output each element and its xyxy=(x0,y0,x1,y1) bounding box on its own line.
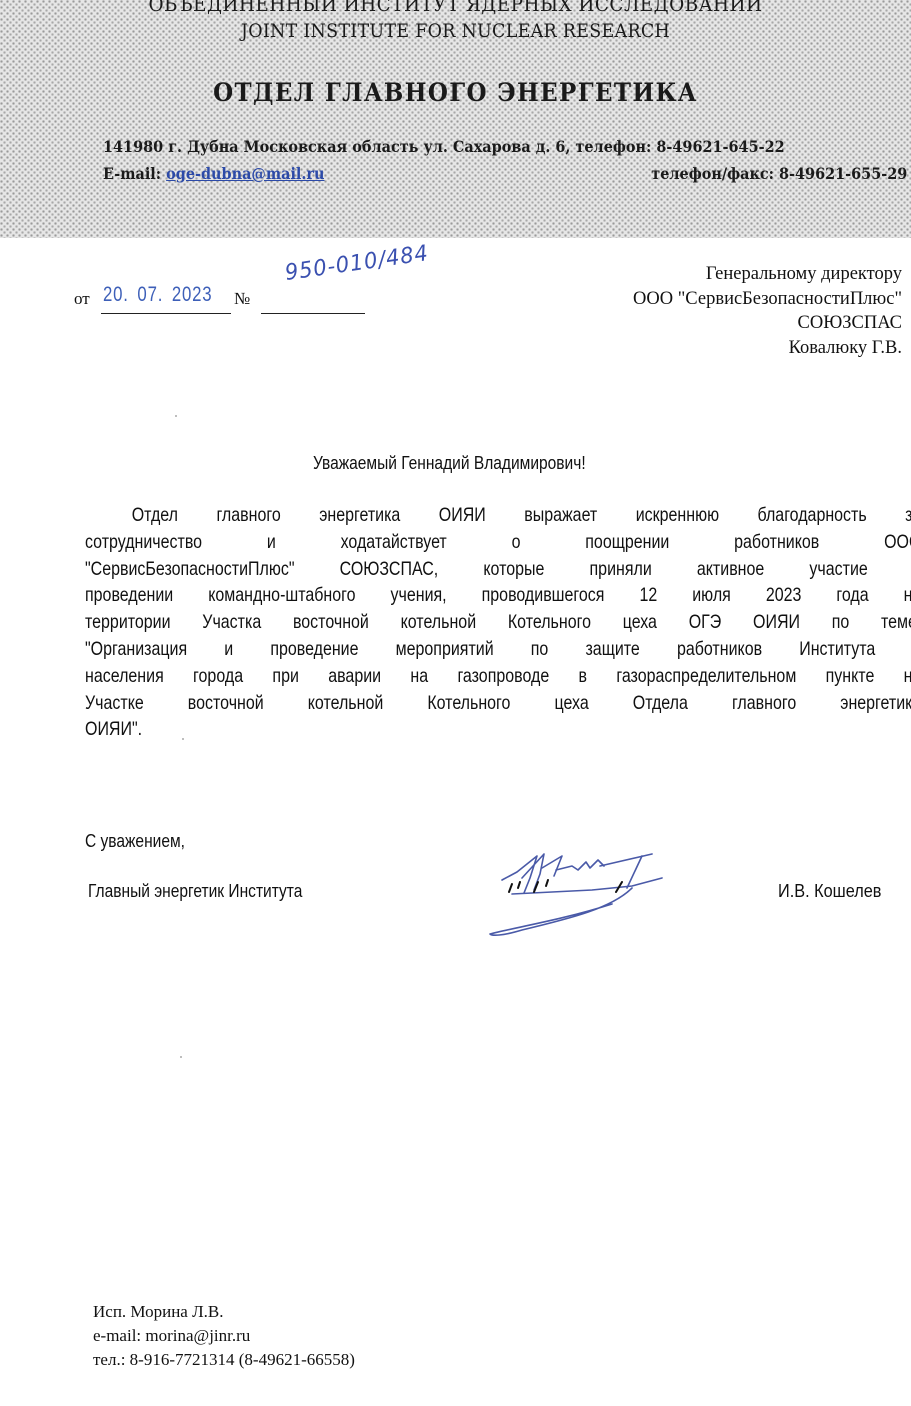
letter-body: Отдел главного энергетика ОИЯИ выражает … xyxy=(85,502,911,743)
department-title: ОТДЕЛ ГЛАВНОГО ЭНЕРГЕТИКА xyxy=(36,78,874,107)
signature-icon xyxy=(482,848,692,940)
addressee-name: Ковалюку Г.В. xyxy=(633,336,902,361)
executor-contact: Исп. Морина Л.В. e-mail: morina@jinr.ru … xyxy=(93,1300,355,1372)
executor-phone: тел.: 8-916-7721314 (8-49621-66558) xyxy=(93,1348,355,1372)
date-stamp: 20. 07. 2023 xyxy=(103,283,212,307)
addressee-block: Генеральному директору ООО "СервисБезопа… xyxy=(633,262,902,360)
org-name-ru: ОБЪЕДИНЕННЫЙ ИНСТИТУТ ЯДЕРНЫХ ИССЛЕДОВАН… xyxy=(36,0,874,16)
executor-name: Исп. Морина Л.В. xyxy=(93,1300,355,1324)
date-field: 20. 07. 2023 xyxy=(101,283,231,314)
org-email-link[interactable]: oge-dubna@mail.ru xyxy=(166,164,324,183)
body-line: ОИЯИ". xyxy=(85,716,911,743)
body-line: "Организация и проведение мероприятий по… xyxy=(85,636,911,663)
addressee-company: ООО "СервисБезопасностиПлюс" xyxy=(633,287,902,312)
email-label: E-mail: xyxy=(103,164,166,183)
body-line: сотрудничество и ходатайствует о поощрен… xyxy=(85,529,911,556)
handwritten-number: 950-010/484 xyxy=(284,241,431,286)
org-email-row: E-mail: oge-dubna@mail.ru xyxy=(103,164,324,183)
addressee-org: СОЮЗСПАС xyxy=(633,311,902,336)
body-line: Отдел главного энергетика ОИЯИ выражает … xyxy=(85,502,911,529)
number-sign: № xyxy=(234,289,250,309)
addressee-position: Генеральному директору xyxy=(633,262,902,287)
body-line: Участке восточной котельной Котельного ц… xyxy=(85,690,911,717)
body-line: "СервисБезопасностиПлюс" СОЮЗСПАС, котор… xyxy=(85,556,911,583)
salutation: Уважаемый Геннадий Владимирович! xyxy=(313,452,586,474)
letterhead: ОБЪЕДИНЕННЫЙ ИНСТИТУТ ЯДЕРНЫХ ИССЛЕДОВАН… xyxy=(0,0,911,238)
signer-name: И.В. Кошелев xyxy=(778,880,881,902)
executor-email: e-mail: morina@jinr.ru xyxy=(93,1324,355,1348)
scan-speck xyxy=(180,1056,182,1058)
org-address: 141980 г. Дубна Московская область ул. С… xyxy=(103,137,785,156)
signer-title: Главный энергетик Института xyxy=(88,880,302,902)
closing-phrase: С уважением, xyxy=(85,830,185,852)
org-name-en: JOINT INSTITUTE FOR NUCLEAR RESEARCH xyxy=(36,20,874,42)
number-field: 950-010/484 xyxy=(261,283,365,314)
date-prefix: от xyxy=(74,289,90,309)
org-phone-fax: телефон/факс: 8-49621-655-29 xyxy=(651,164,907,183)
scan-speck xyxy=(182,738,184,740)
body-line: территории Участка восточной котельной К… xyxy=(85,609,911,636)
body-line: проведении командно-штабного учения, про… xyxy=(85,582,911,609)
body-line: населения города при аварии на газопрово… xyxy=(85,663,911,690)
scan-speck xyxy=(175,415,177,417)
